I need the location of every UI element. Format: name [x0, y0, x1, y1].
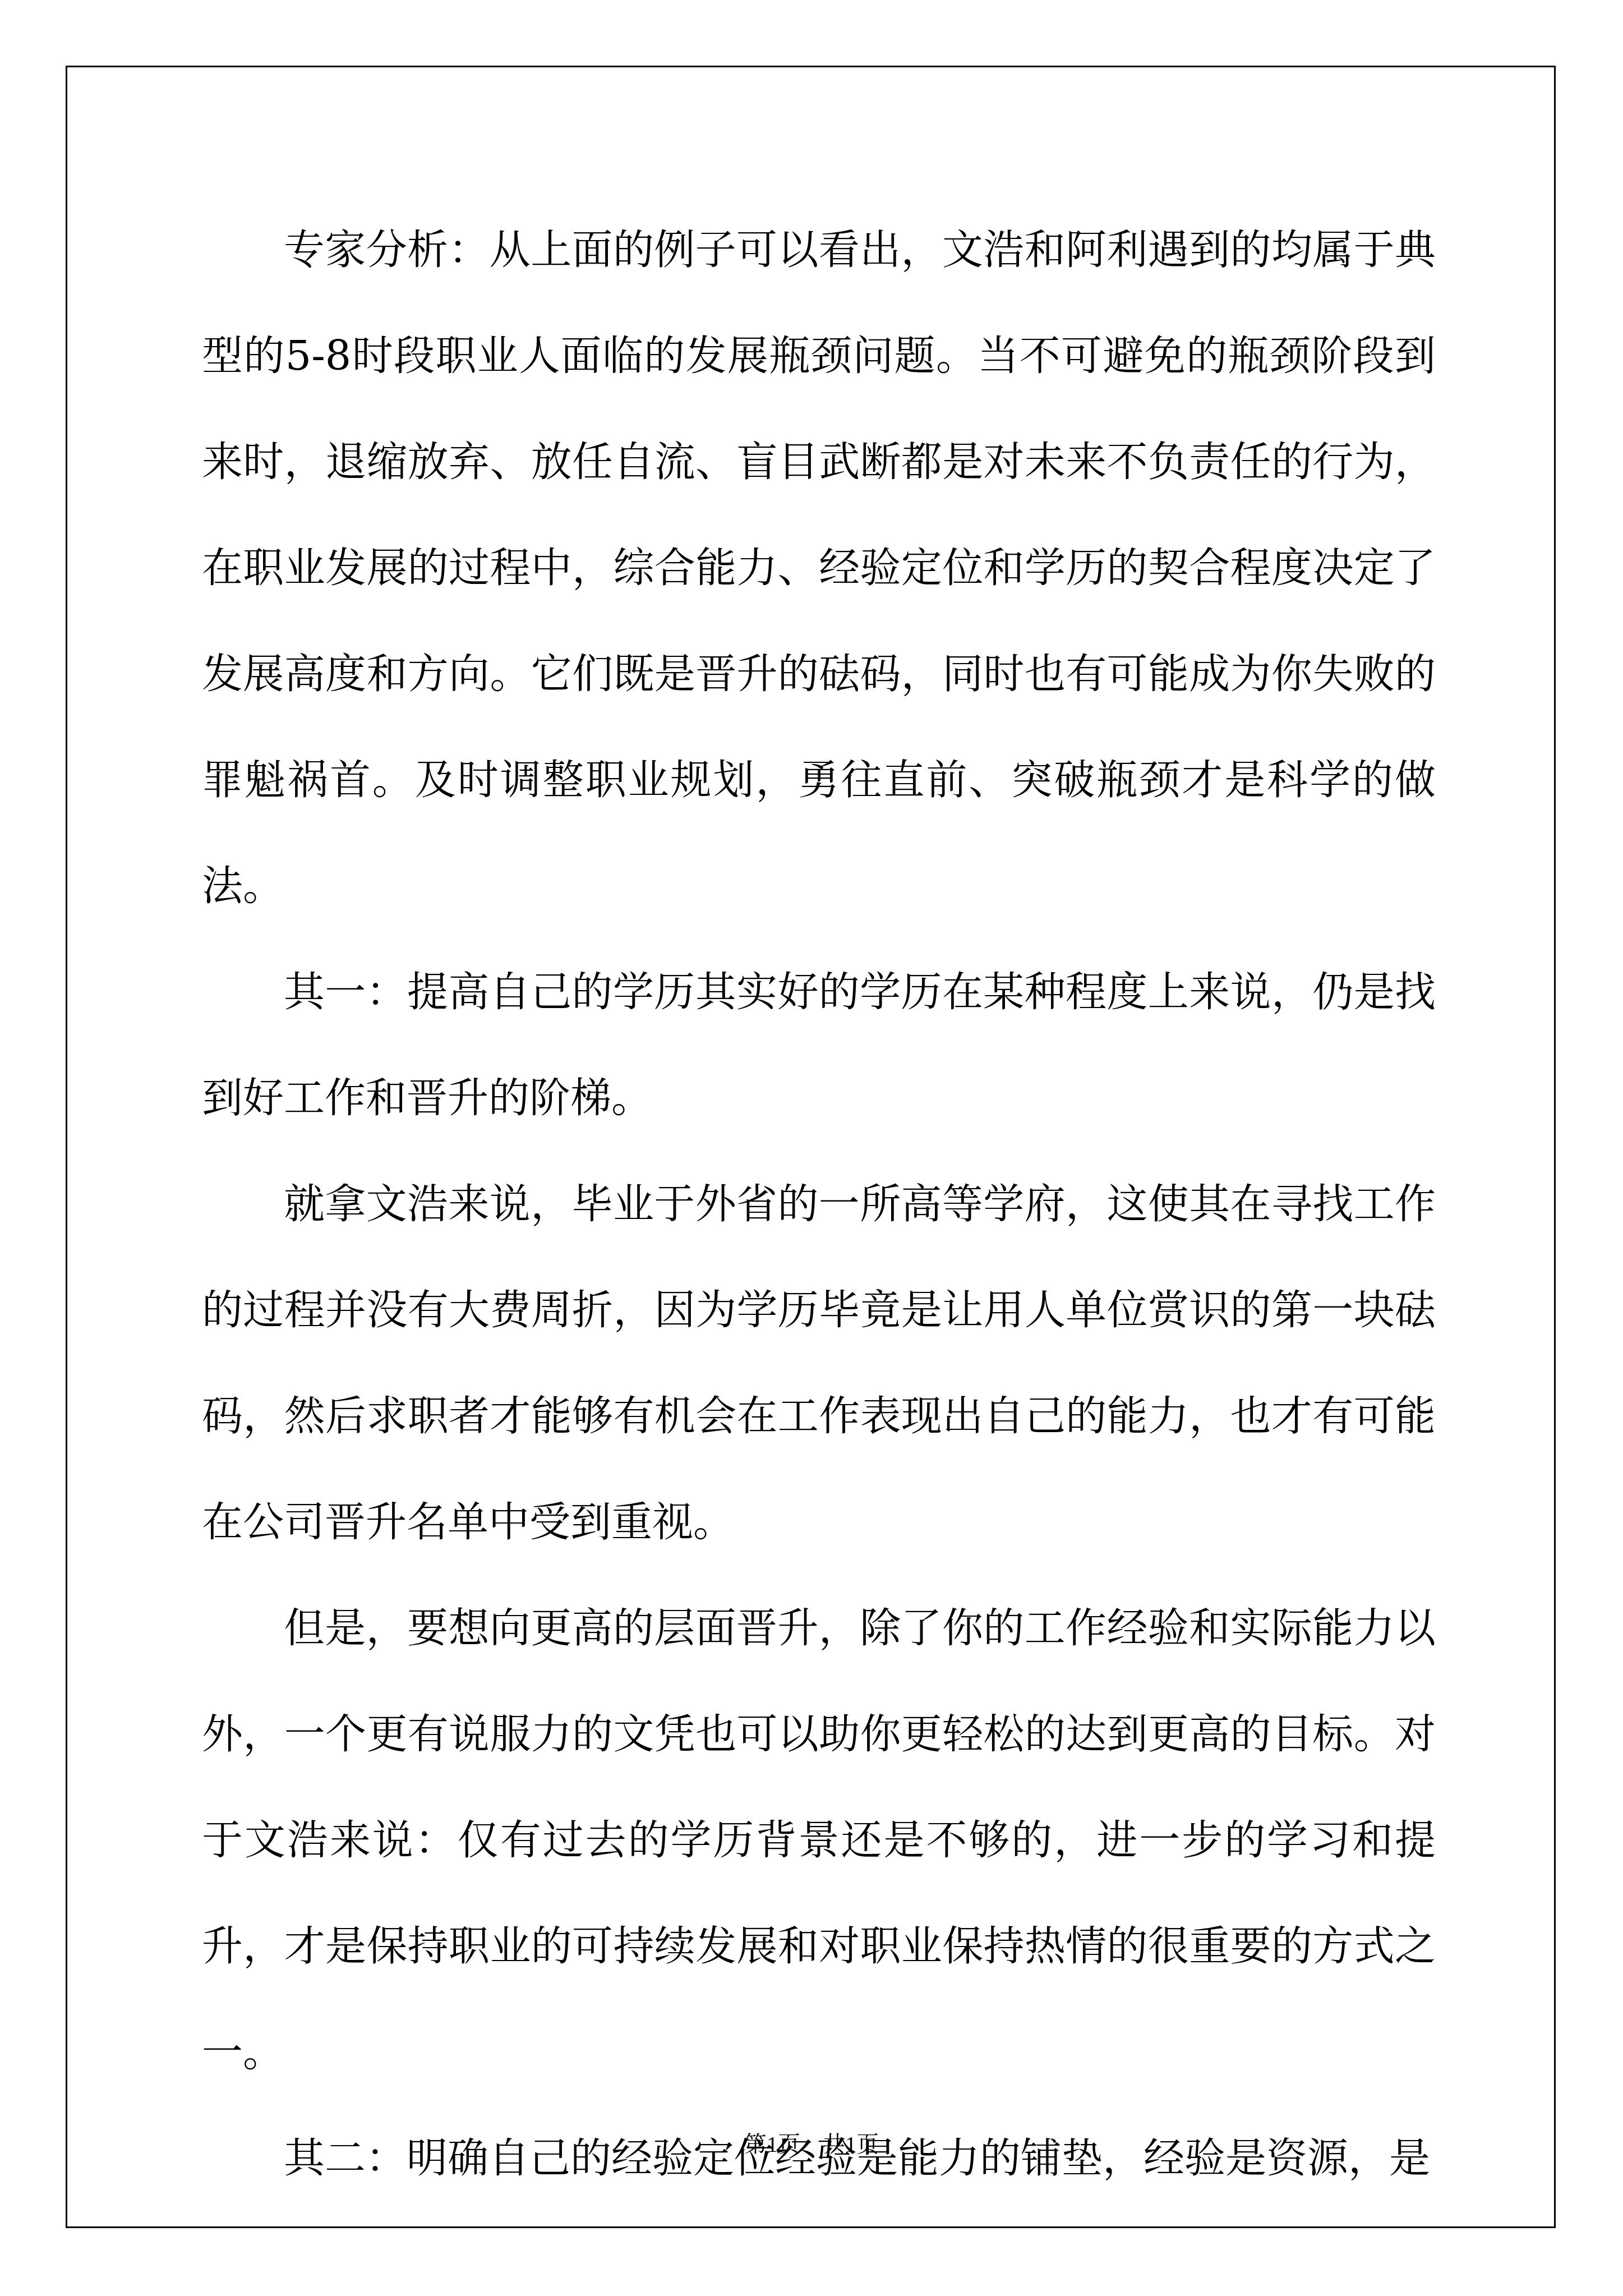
paragraph-higher-level: 但是，要想向更高的层面晋升，除了你的工作经验和实际能力以外，一个更有说服力的文凭…: [202, 1575, 1436, 2105]
page-number-label: 第1页 共1页: [744, 2132, 879, 2157]
paragraph-point-one: 其一：提高自己的学历其实好的学历在某种程度上来说，仍是找到好工作和晋升的阶梯。: [202, 939, 1436, 1151]
page-footer: 第1页 共1页: [0, 2131, 1623, 2159]
paragraph-expert-analysis: 专家分析：从上面的例子可以看出，文浩和阿利遇到的均属于典型的5-8时段职业人面临…: [202, 197, 1436, 939]
paragraph-wenhao-example: 就拿文浩来说，毕业于外省的一所高等学府，这使其在寻找工作的过程并没有大费周折，因…: [202, 1151, 1436, 1575]
document-body: 专家分析：从上面的例子可以看出，文浩和阿利遇到的均属于典型的5-8时段职业人面临…: [202, 197, 1436, 2211]
